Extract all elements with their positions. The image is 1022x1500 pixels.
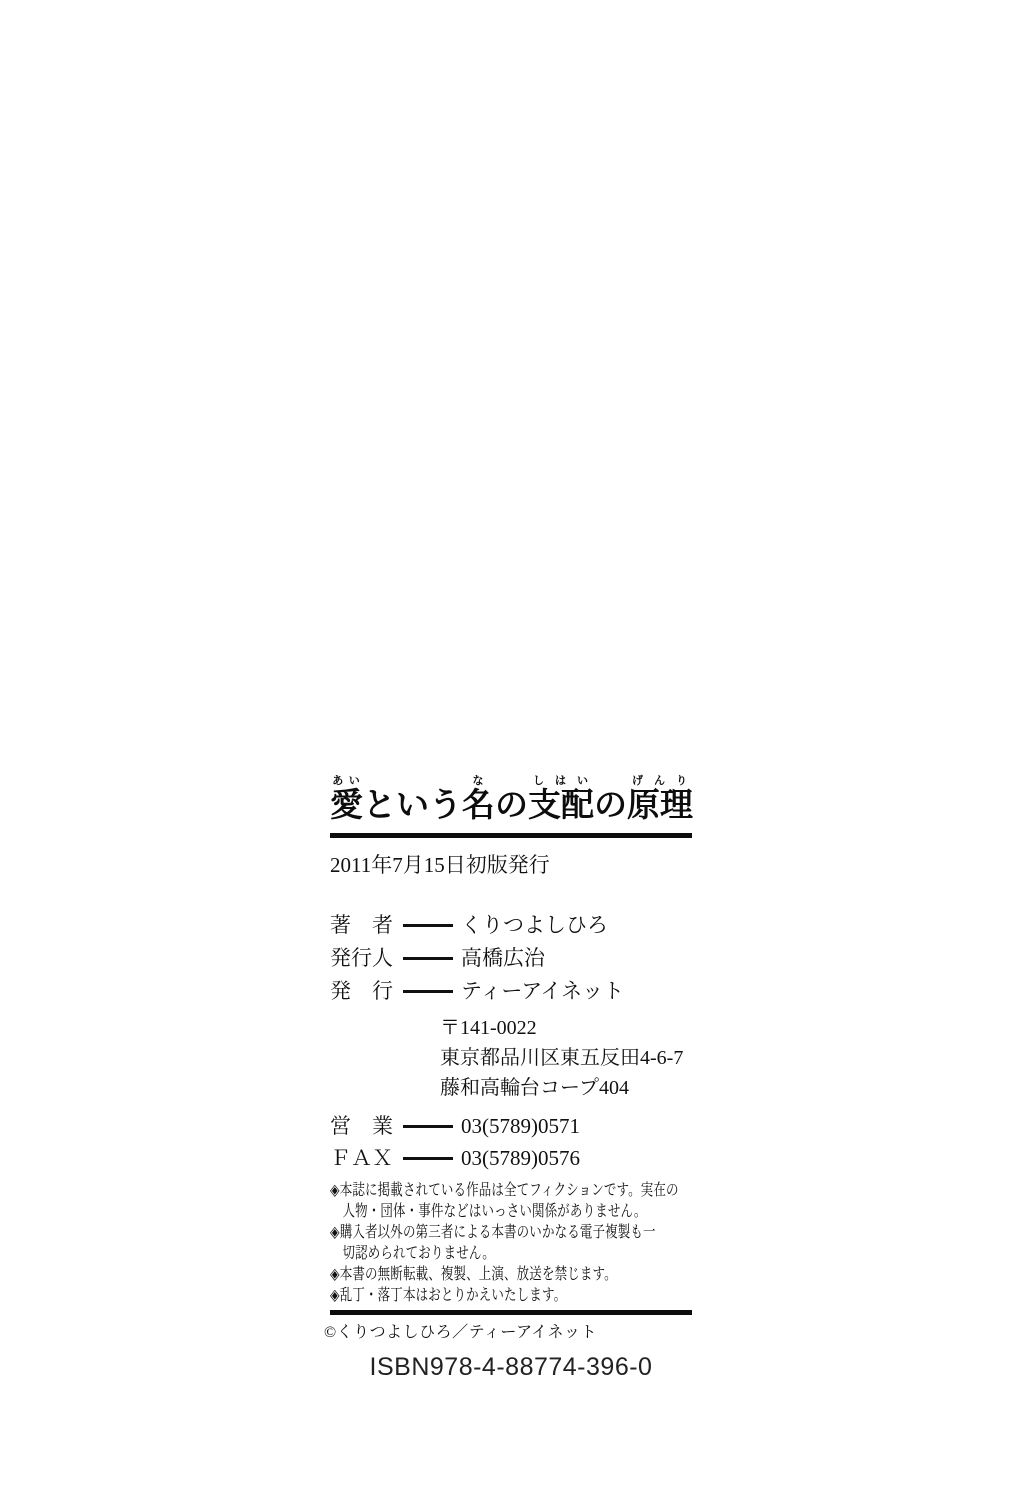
title-segment: の xyxy=(495,786,528,823)
diamond-bullet-icon: ◈ xyxy=(330,1180,340,1201)
edition-date: 2011年7月15日初版発行 xyxy=(330,851,692,879)
publication-rows: 著 者 くりつよしひろ 発行人 高橋広治 発 行 ティーアイネット xyxy=(330,909,692,1008)
title-segment: という xyxy=(363,786,462,823)
title-base: 愛 xyxy=(330,786,363,823)
label-value-dash xyxy=(403,1157,453,1160)
scanned-colophon-page: 愛あいという名なの支配しはいの原理げんり 2011年7月15日初版発行 著 者 … xyxy=(0,0,1022,1500)
publisher-person-row: 発行人 高橋広治 xyxy=(330,942,692,975)
diamond-bullet-icon: ◈ xyxy=(330,1264,340,1285)
notice-text: 本書の無断転載、複製、上演、放送を禁じます。 xyxy=(340,1266,617,1283)
contact-rows: 営 業 03(5789)0571 ＦＡＸ 03(5789)0576 xyxy=(330,1110,692,1174)
title-segment: 名な xyxy=(462,786,495,823)
furigana: あい xyxy=(330,775,363,787)
notice-text: 人物・団体・事件などはいっさい関係がありません。 xyxy=(330,1201,612,1222)
publisher-row: 発 行 ティーアイネット xyxy=(330,975,692,1008)
notice-text: 乱丁・落丁本はおとりかえいたします。 xyxy=(340,1287,566,1304)
label-value-dash xyxy=(403,990,453,993)
title-base: という xyxy=(363,786,462,823)
notice-defective-copies: ◈乱丁・落丁本はおとりかえいたします。 xyxy=(330,1285,692,1306)
title-base: の xyxy=(495,786,528,823)
fax-label: ＦＡＸ xyxy=(330,1142,396,1174)
book-title: 愛あいという名なの支配しはいの原理げんり xyxy=(330,770,692,824)
title-base: 支配 xyxy=(528,786,594,823)
furigana: げんり xyxy=(627,775,693,787)
title-segment: 原理げんり xyxy=(627,786,693,823)
address-line-1: 東京都品川区東五反田4-6-7 xyxy=(440,1043,692,1073)
publisher-address: 〒141-0022 東京都品川区東五反田4-6-7 藤和高輪台コープ404 xyxy=(440,1013,692,1103)
divider-rule-bottom xyxy=(330,1310,692,1315)
sales-label: 営 業 xyxy=(330,1110,396,1142)
publisher-person-label: 発行人 xyxy=(330,942,396,975)
title-segment: 支配しはい xyxy=(528,786,594,823)
furigana: しはい xyxy=(528,775,594,787)
title-base: 名 xyxy=(462,786,495,823)
legal-notices: ◈本誌に掲載されている作品は全てフィクションです。実在の 人物・団体・事件などは… xyxy=(330,1180,692,1306)
title-base: 原理 xyxy=(627,786,693,823)
sales-phone-number: 03(5789)0571 xyxy=(461,1110,580,1142)
publisher-value: ティーアイネット xyxy=(461,975,624,1008)
fax-row: ＦＡＸ 03(5789)0576 xyxy=(330,1142,692,1174)
notice-text: 本誌に掲載されている作品は全てフィクションです。実在の xyxy=(340,1182,679,1199)
copyright-line: ©くりつよしひろ／ティーアイネット xyxy=(324,1322,692,1344)
fax-number: 03(5789)0576 xyxy=(461,1142,580,1174)
title-segment: の xyxy=(594,786,627,823)
furigana: な xyxy=(462,775,495,787)
author-label: 著 者 xyxy=(330,909,396,942)
notice-reproduction: ◈本書の無断転載、複製、上演、放送を禁じます。 xyxy=(330,1264,692,1285)
label-value-dash xyxy=(403,1125,453,1128)
publisher-person-value: 高橋広治 xyxy=(461,942,545,975)
author-value: くりつよしひろ xyxy=(461,909,608,942)
notice-text: 購入者以外の第三者による本書のいかなる電子複製も一 xyxy=(340,1224,656,1241)
notice-copy-restriction: ◈購入者以外の第三者による本書のいかなる電子複製も一 切認められておりません。 xyxy=(330,1222,692,1264)
title-segment: 愛あい xyxy=(330,786,363,823)
title-base: の xyxy=(594,786,627,823)
colophon-block: 愛あいという名なの支配しはいの原理げんり 2011年7月15日初版発行 著 者 … xyxy=(330,770,692,1382)
diamond-bullet-icon: ◈ xyxy=(330,1285,340,1306)
author-row: 著 者 くりつよしひろ xyxy=(330,909,692,942)
notice-text: 切認められておりません。 xyxy=(330,1243,612,1264)
notice-fiction: ◈本誌に掲載されている作品は全てフィクションです。実在の 人物・団体・事件などは… xyxy=(330,1180,692,1222)
isbn-number: ISBN978-4-88774-396-0 xyxy=(330,1352,692,1382)
address-line-2: 藤和高輪台コープ404 xyxy=(440,1073,692,1103)
sales-phone-row: 営 業 03(5789)0571 xyxy=(330,1110,692,1142)
diamond-bullet-icon: ◈ xyxy=(330,1222,340,1243)
divider-rule-top xyxy=(330,833,692,838)
label-value-dash xyxy=(403,924,453,927)
postal-code: 〒141-0022 xyxy=(440,1013,692,1043)
label-value-dash xyxy=(403,957,453,960)
publisher-label: 発 行 xyxy=(330,975,396,1008)
